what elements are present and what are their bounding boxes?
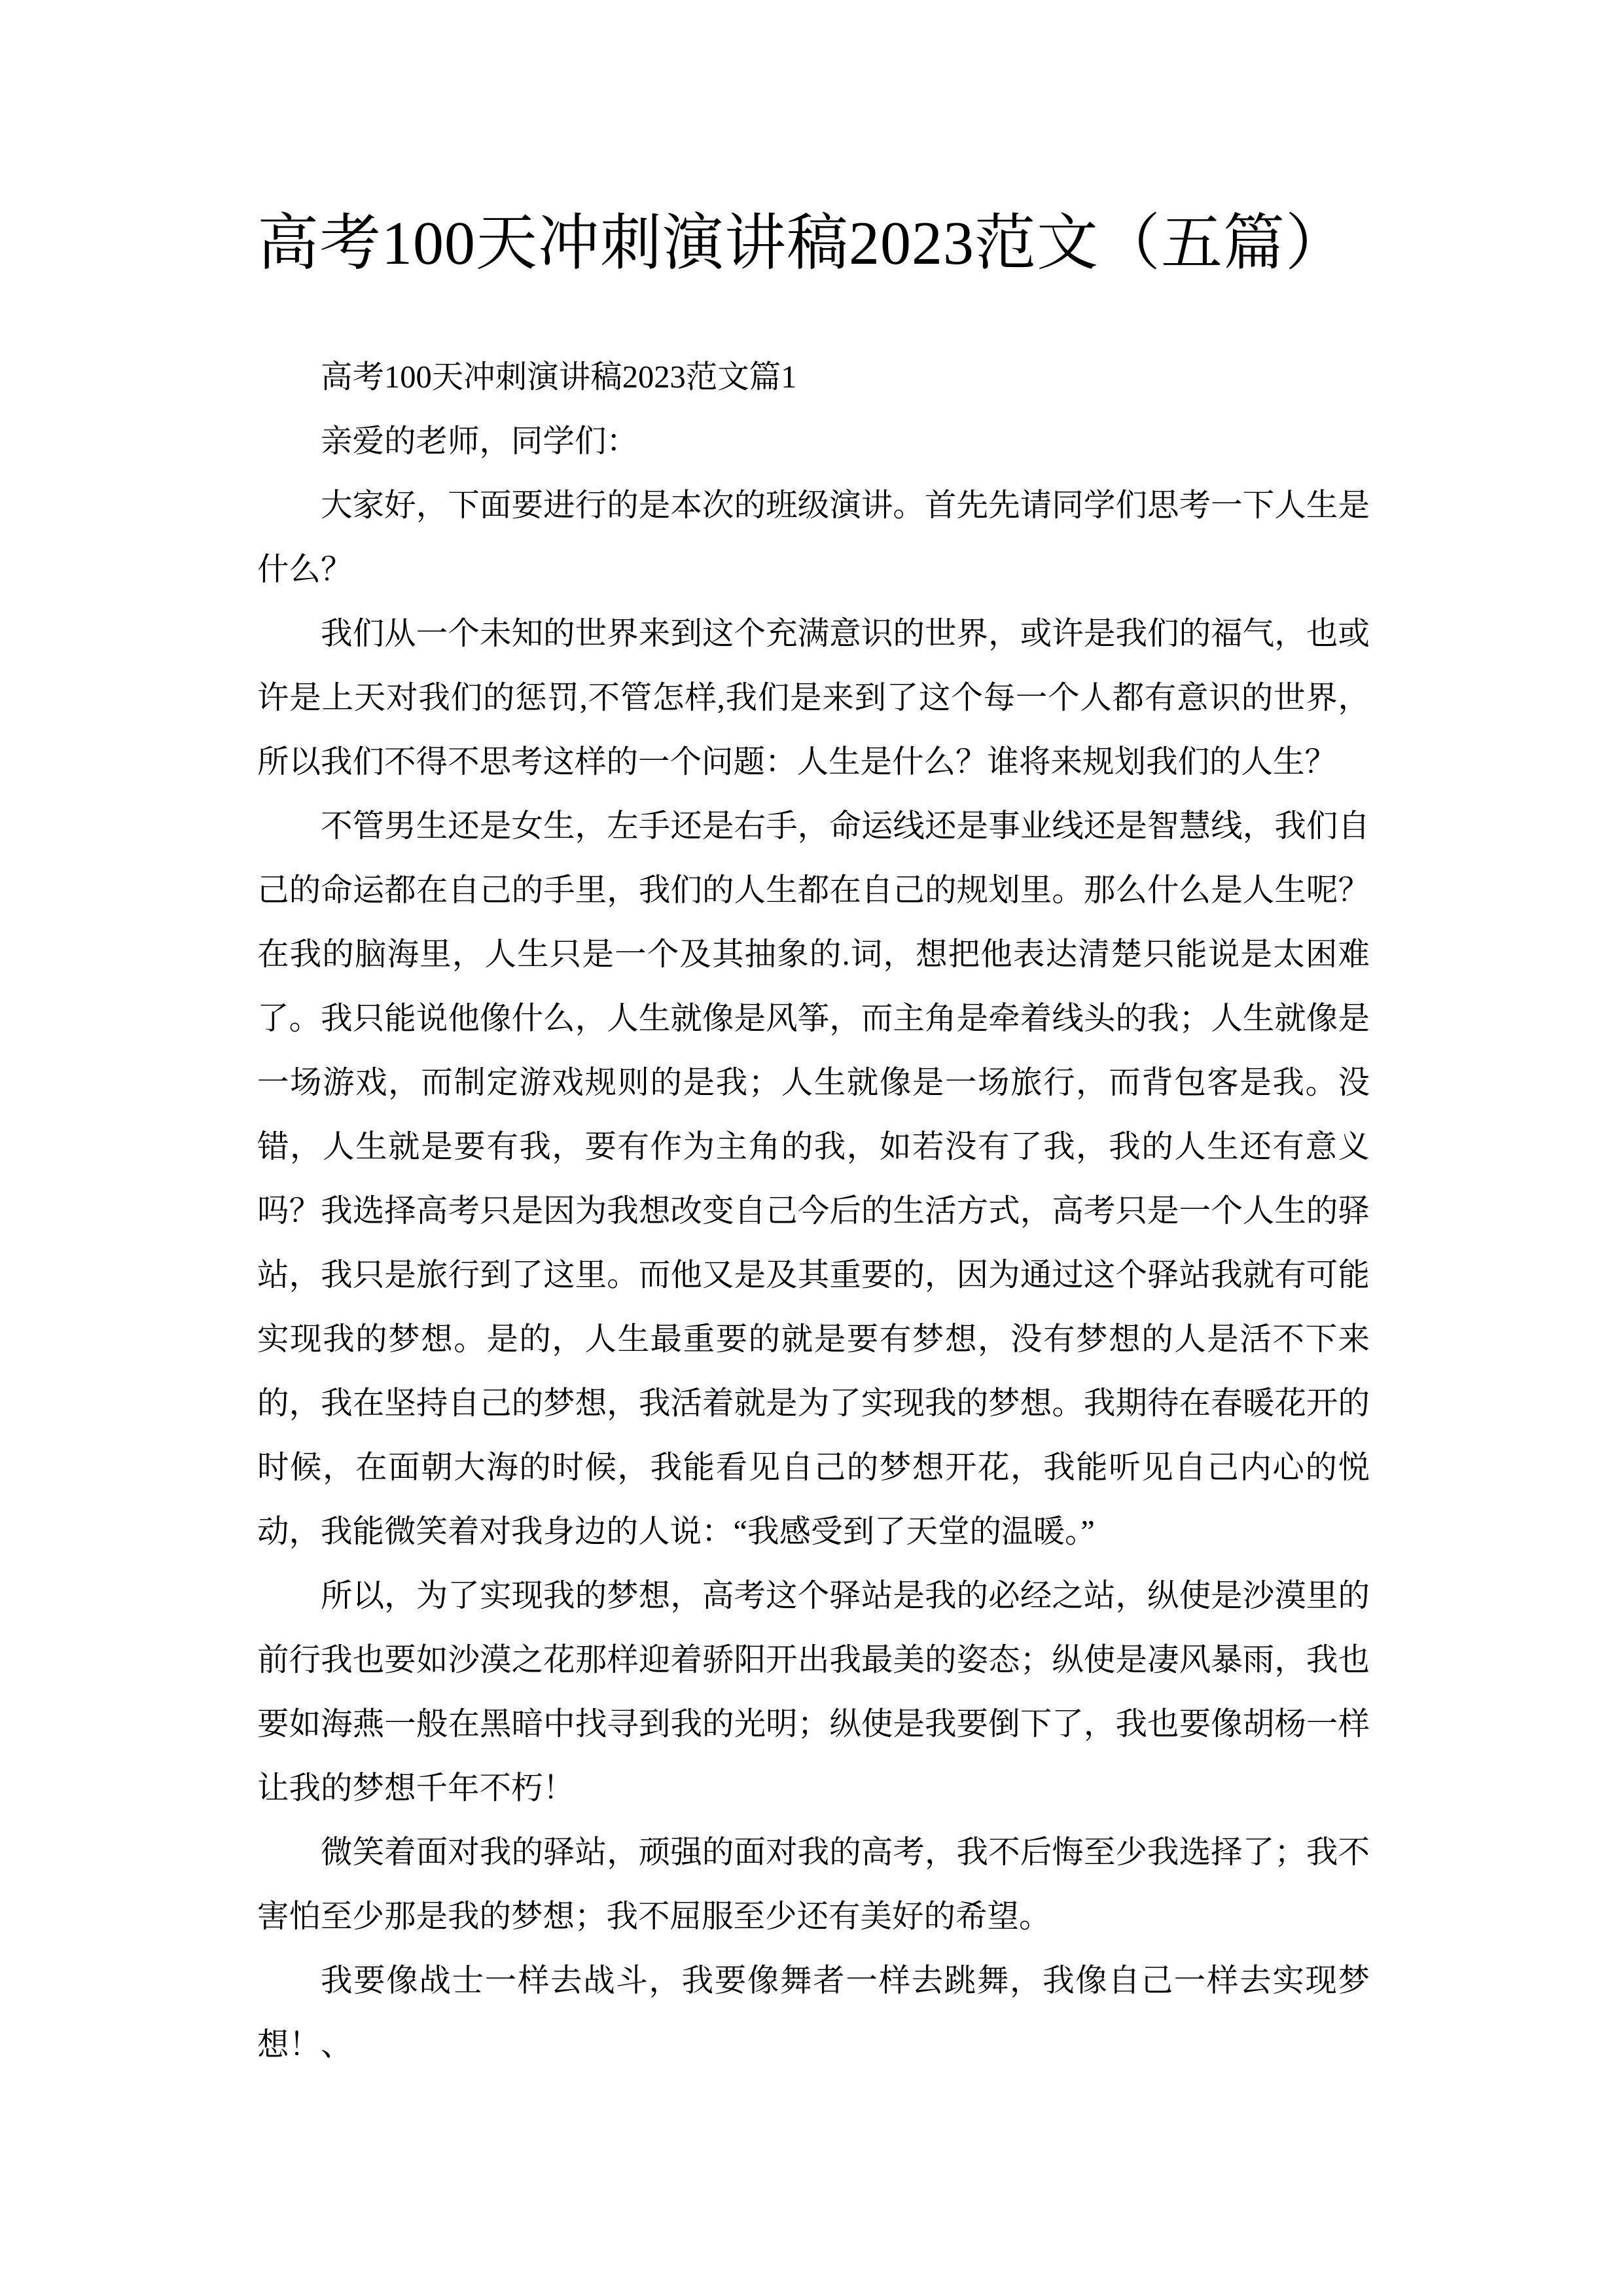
paragraph: 微笑着面对我的驿站，顽强的面对我的高考，我不后悔至少我选择了；我不害怕至少那是我… [257, 1821, 1370, 1949]
paragraph: 我要像战士一样去战斗，我要像舞者一样去跳舞，我像自己一样去实现梦想！、 [257, 1949, 1370, 2077]
document-body: 高考100天冲刺演讲稿2023范文篇1亲爱的老师，同学们：大家好，下面要进行的是… [257, 346, 1370, 2077]
paragraph: 我们从一个未知的世界来到这个充满意识的世界，或许是我们的福气，也或许是上天对我们… [257, 602, 1370, 795]
paragraph: 不管男生还是女生，左手还是右手，命运线还是事业线还是智慧线，我们自己的命运都在自… [257, 795, 1370, 1564]
paragraph: 亲爱的老师，同学们： [257, 410, 1370, 474]
paragraph: 所以，为了实现我的梦想，高考这个驿站是我的必经之站，纵使是沙漠里的前行我也要如沙… [257, 1564, 1370, 1821]
document-page: 高考100天冲刺演讲稿2023范文（五篇） 高考100天冲刺演讲稿2023范文篇… [0, 0, 1623, 2296]
document-content: 高考100天冲刺演讲稿2023范文（五篇） 高考100天冲刺演讲稿2023范文篇… [257, 203, 1370, 2077]
paragraph: 大家好，下面要进行的是本次的班级演讲。首先先请同学们思考一下人生是什么？ [257, 474, 1370, 602]
document-title: 高考100天冲刺演讲稿2023范文（五篇） [257, 203, 1370, 285]
paragraph: 高考100天冲刺演讲稿2023范文篇1 [257, 346, 1370, 410]
